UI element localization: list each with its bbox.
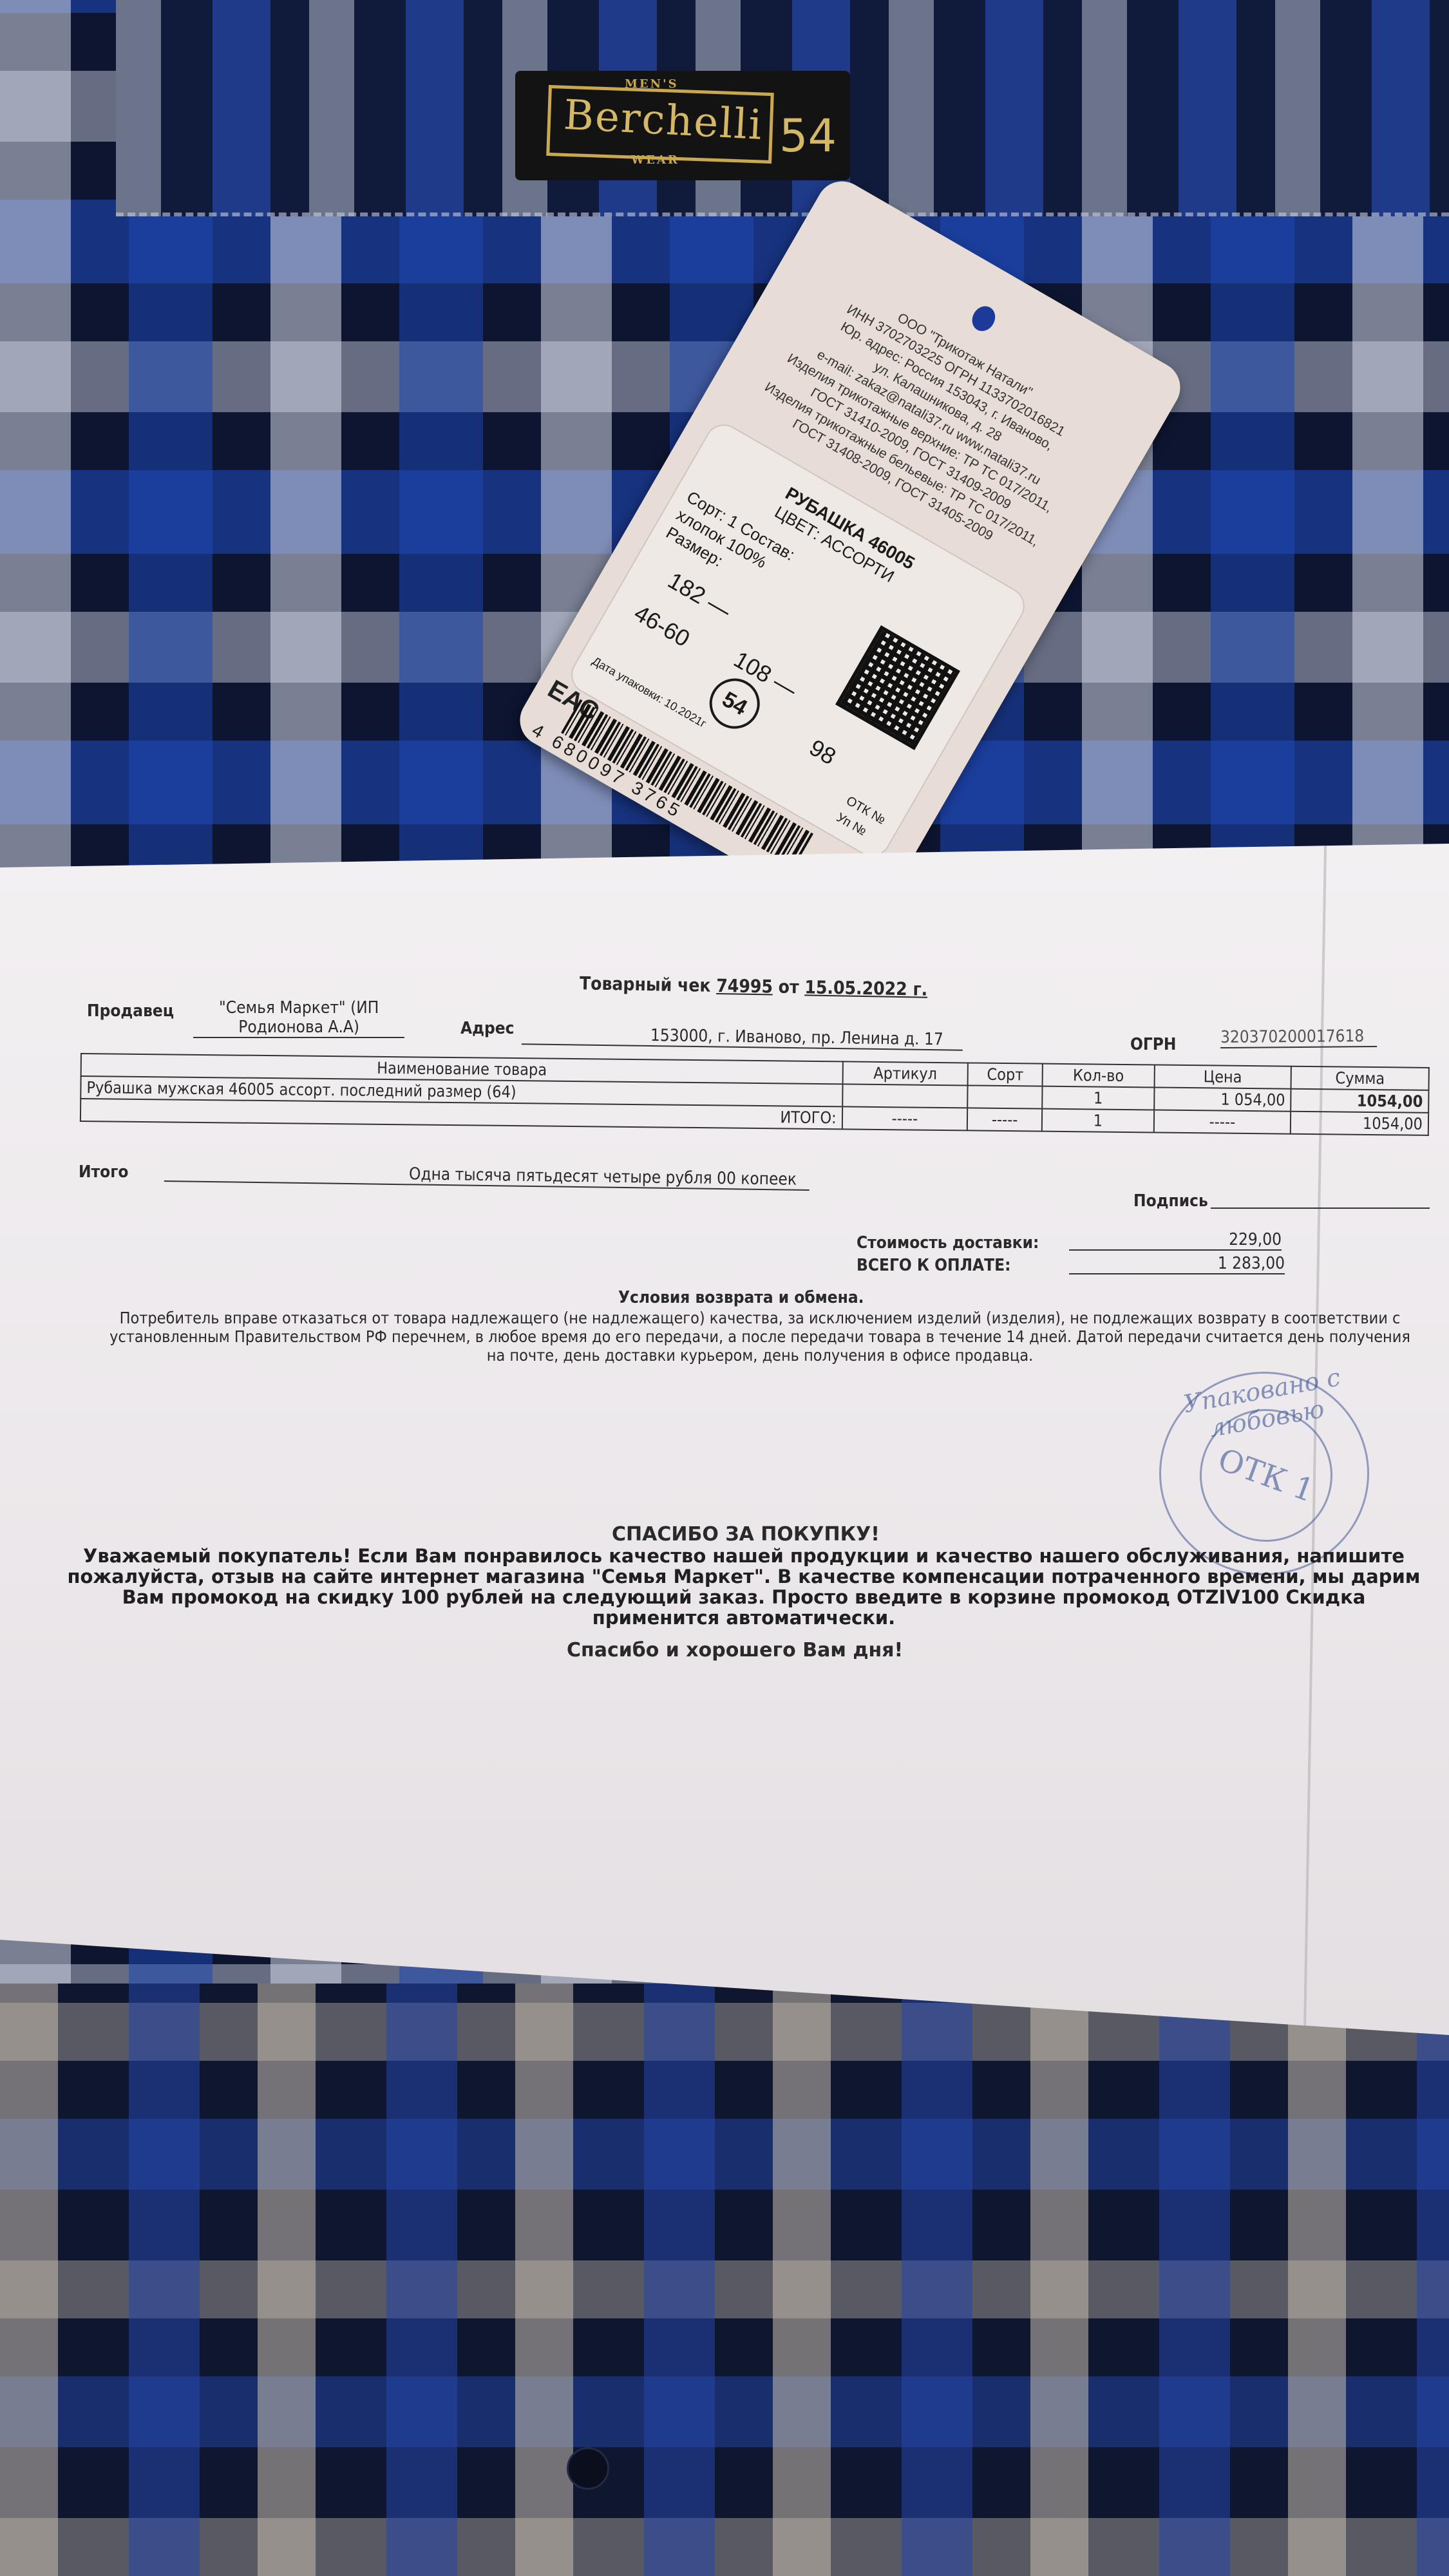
total-words: Одна тысяча пятьдесят четыре рубля 00 ко… (164, 1161, 810, 1191)
table-cell: 1 054,00 (1154, 1087, 1291, 1111)
receipt: Товарный чек 74995 от 15.05.2022 г. Прод… (0, 844, 1449, 2035)
table-cell: 1054,00 (1291, 1089, 1428, 1113)
ogrn-value: 320370200017618 (1220, 1027, 1377, 1048)
table-cell: ----- (842, 1106, 968, 1130)
signature-line (1211, 1207, 1430, 1209)
seller-line: "Семья Маркет" (ИП (219, 998, 379, 1018)
thanks-title: СПАСИБО ЗА ПОКУПКУ! (612, 1523, 880, 1546)
seller-label: Продавец (87, 1001, 174, 1021)
brand-wear-text: WEAR (631, 153, 679, 167)
qr-code-icon (835, 625, 960, 750)
receipt-number: 74995 (716, 975, 773, 998)
seller-line: Родионова А.А) (219, 1018, 379, 1037)
delivery-value: 229,00 (1069, 1230, 1282, 1251)
tag-size-range: 46-60 (630, 600, 695, 652)
table-cell: 1 (1042, 1109, 1154, 1133)
table-header: Сорт (968, 1063, 1043, 1086)
grand-total-value: 1 283,00 (1069, 1254, 1285, 1274)
thanks-text: Уважаемый покупатель! Если Вам понравило… (58, 1546, 1430, 1628)
goodbye-text: Спасибо и хорошего Вам дня! (567, 1639, 903, 1662)
receipt-title: Товарный чек 74995 от 15.05.2022 г. (580, 972, 928, 999)
grand-total-label: ВСЕГО К ОПЛАТЕ: (857, 1256, 1010, 1275)
tag-hole-icon (968, 302, 999, 336)
table-cell: 1054,00 (1291, 1112, 1428, 1135)
signature-label: Подпись (1133, 1191, 1208, 1211)
ogrn-label: ОГРН (1130, 1035, 1177, 1054)
table-header: Артикул (842, 1061, 968, 1085)
total-label: Итого (79, 1162, 129, 1182)
brand-mens-text: MEN'S (625, 77, 679, 91)
shirt-fabric-bottom (0, 1984, 1449, 2576)
brand-label: MEN'S Berchelli WEAR 54 (515, 71, 850, 180)
table-header: Кол-во (1043, 1064, 1155, 1088)
table-cell (967, 1085, 1042, 1108)
table-cell (842, 1084, 968, 1108)
receipt-date: 15.05.2022 г. (804, 976, 927, 999)
seller-value: "Семья Маркет" (ИП Родионова А.А) (193, 998, 404, 1038)
tag-height: 182 — (663, 567, 736, 624)
table-cell: 1 (1042, 1086, 1154, 1110)
hang-tag: ООО "Трикотаж Натали" ИНН 3702703225 ОГР… (511, 172, 1189, 936)
items-table: Наименование товара Артикул Сорт Кол-во … (80, 1053, 1430, 1136)
shirt-button-icon (567, 2447, 609, 2490)
tag-waist: 98 (805, 734, 841, 770)
address-label: Адрес (460, 1019, 514, 1038)
conditions-text: Потребитель вправе отказаться от товара … (103, 1309, 1417, 1365)
delivery-label: Стоимость доставки: (857, 1233, 1039, 1253)
table-cell: ----- (1153, 1110, 1291, 1133)
table-cell: ----- (967, 1108, 1042, 1131)
conditions-title: Условия возврата и обмена. (618, 1288, 864, 1307)
table-header: Цена (1154, 1065, 1291, 1088)
receipt-title-prefix: Товарный чек (580, 972, 711, 996)
brand-size: 54 (779, 109, 837, 162)
address-value: 153000, г. Иваново, пр. Ленина д. 17 (522, 1024, 963, 1051)
table-header: Сумма (1291, 1066, 1429, 1090)
receipt-from: от (778, 976, 799, 998)
